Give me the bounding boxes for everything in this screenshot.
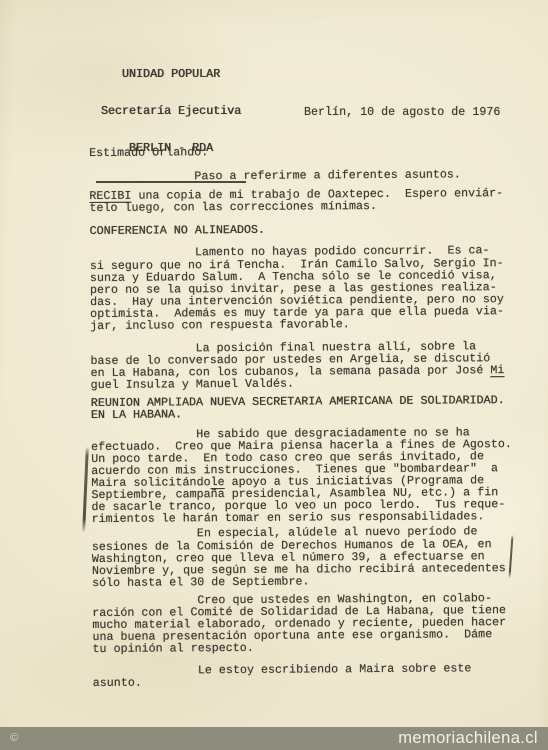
salutation: Estimado Orlando: xyxy=(89,144,525,159)
letter-body: Estimado Orlando: Paso a referirme a dif… xyxy=(89,144,529,690)
para-en-especial: En especial, alúdele al nuevo período de… xyxy=(92,525,528,589)
watermark-site-label: memoriachilena.cl xyxy=(398,730,538,747)
date-line: Berlín, 10 de agosto de 1976 xyxy=(304,106,500,118)
scanned-letter-page: UNIDAD POPULAR Secretaría Ejecutiva BERL… xyxy=(0,0,548,750)
para-he-sabido: He sabido que desgraciadamente no se ha … xyxy=(91,426,528,526)
watermark-bar: © memoriachilena.cl xyxy=(0,727,548,750)
letterhead-org: UNIDAD POPULAR xyxy=(96,68,246,80)
para-posicion-part1: La posición final nuestra allí, sobre la… xyxy=(90,339,490,380)
para-creo-ustedes: Creo que ustedes en Washington, en colab… xyxy=(92,592,528,656)
para-recibi-rest: una copia de mi trabajo de Oaxtepec. Esp… xyxy=(89,186,503,215)
section-heading-reunion: REUNION AMPLIADA NUEVA SECRETARIA AMERIC… xyxy=(91,393,527,420)
letterhead-dept: Secretaría Ejecutiva xyxy=(96,105,246,117)
underlined-syllable-mi: Mi xyxy=(490,363,504,377)
section-heading-conferencia: CONFERENCIA NO ALINEADOS. xyxy=(90,222,526,237)
para-intro: Paso a referirme a diferentes asuntos. xyxy=(89,168,525,183)
para-recibi: RECIBI una copia de mi trabajo de Oaxtep… xyxy=(89,187,525,214)
handwritten-margin-mark-left xyxy=(82,447,88,532)
para-posicion-final: La posición final nuestra allí, sobre la… xyxy=(90,340,526,391)
para-lamento: Lamento no hayas podido concurrir. Es ca… xyxy=(90,244,527,332)
copyright-icon: © xyxy=(10,733,18,744)
para-le-estoy: Le estoy escribiendo a Maira sobre este … xyxy=(93,662,529,689)
